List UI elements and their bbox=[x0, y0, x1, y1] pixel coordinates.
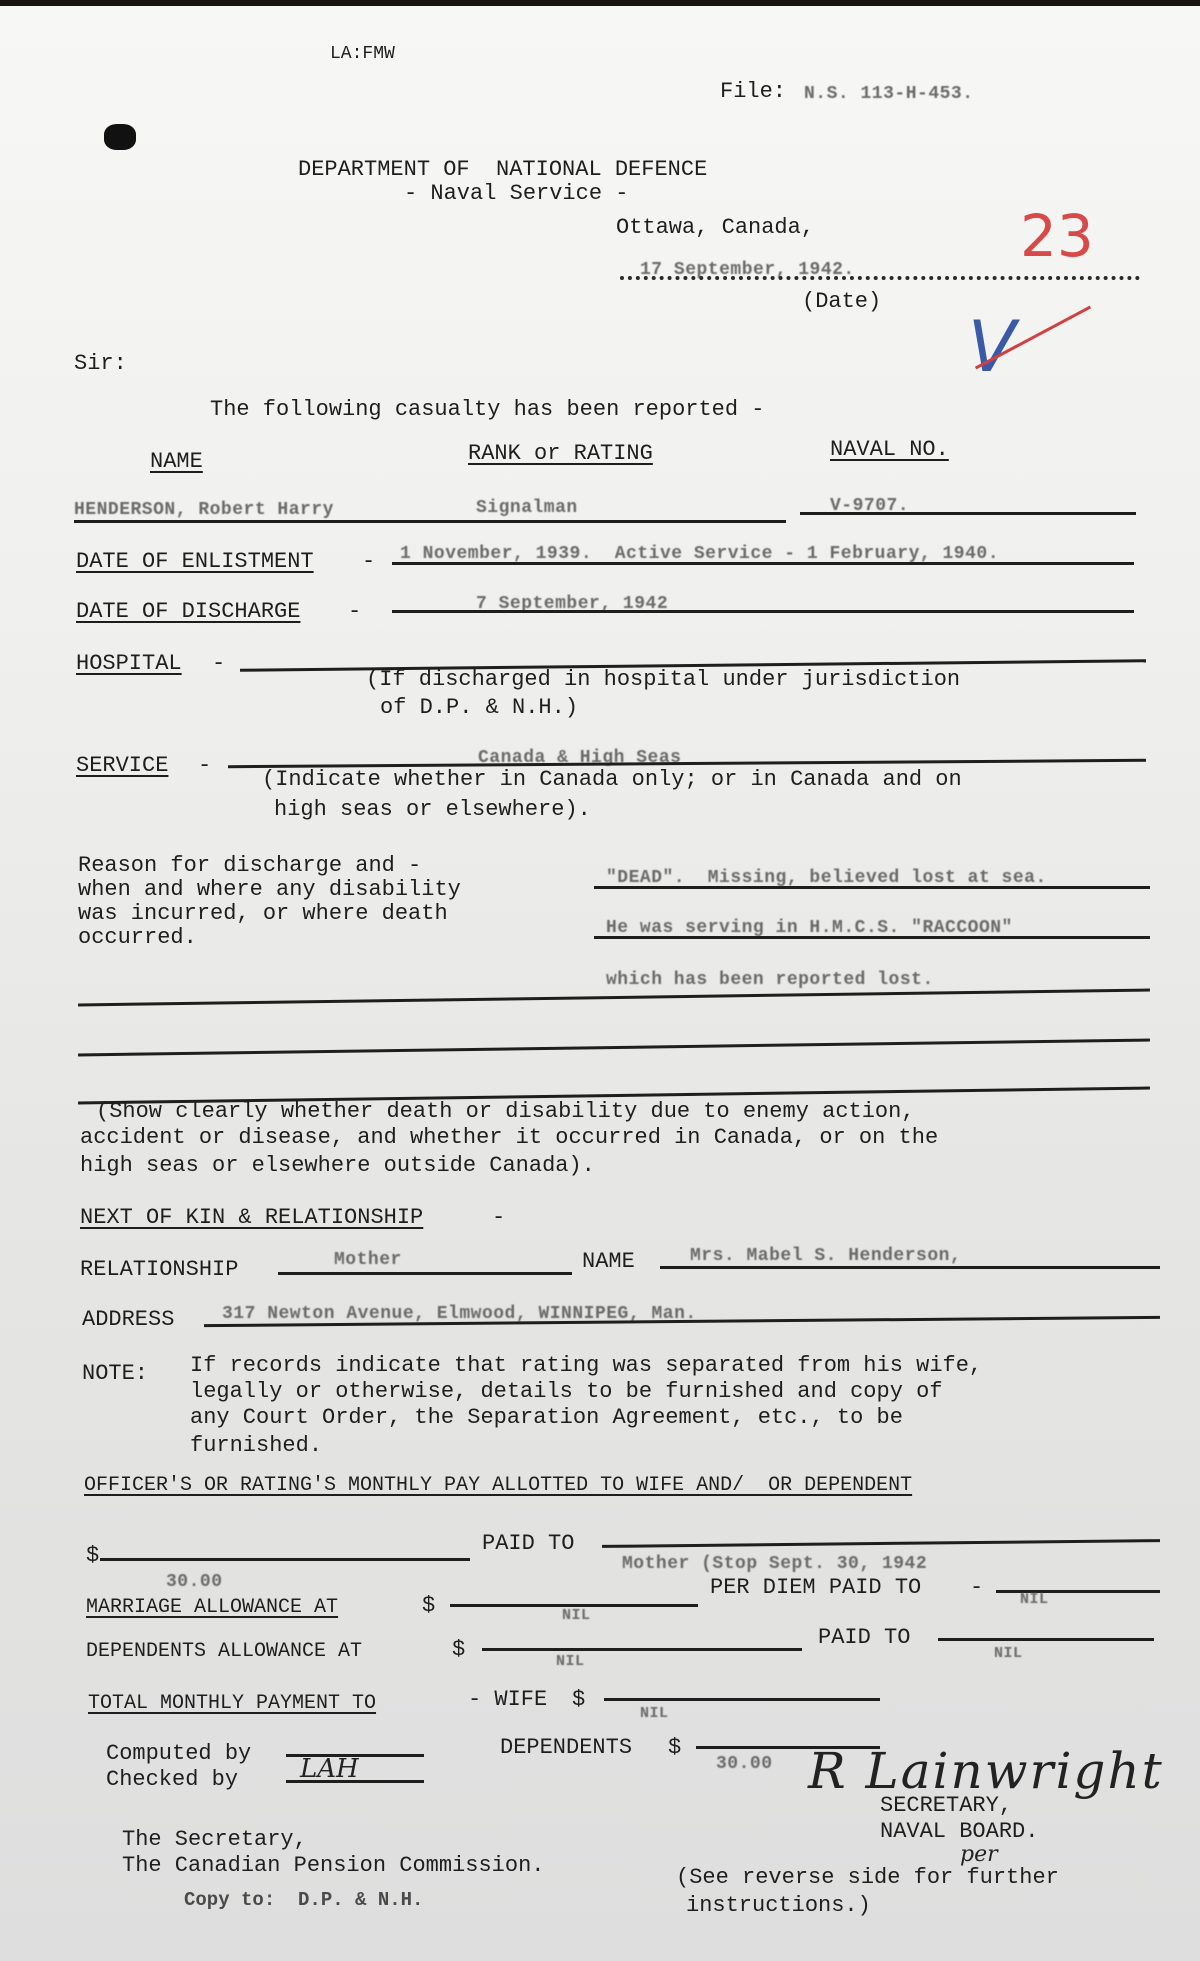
name-rank-line bbox=[74, 520, 786, 523]
total-label: TOTAL MONTHLY PAYMENT TO bbox=[88, 1692, 376, 1716]
hospital-note-2: of D.P. & N.H.) bbox=[380, 696, 578, 720]
dependents-paid-to-label: PAID TO bbox=[818, 1626, 910, 1650]
wife-value: NIL bbox=[640, 1702, 669, 1726]
checked-by-label: Checked by bbox=[106, 1768, 238, 1792]
dependents-paid-to-line bbox=[938, 1638, 1154, 1641]
column-name: NAME bbox=[150, 450, 203, 474]
casualty-name: HENDERSON, Robert Harry bbox=[74, 498, 334, 522]
reason-line-1 bbox=[594, 886, 1150, 889]
dollar-sign: $ bbox=[572, 1688, 585, 1712]
note-line-2: legally or otherwise, details to be furn… bbox=[190, 1380, 943, 1404]
document-page: LA:FMW File: N.S. 113-H-453. DEPARTMENT … bbox=[0, 6, 1200, 1961]
dash: - bbox=[492, 1206, 505, 1230]
reason-label-1: Reason for discharge and - bbox=[78, 854, 421, 878]
kin-name-value: Mrs. Mabel S. Henderson, bbox=[690, 1244, 961, 1268]
paid-to-value: Mother (Stop Sept. 30, 1942 bbox=[622, 1552, 927, 1576]
column-naval-no: NAVAL NO. bbox=[830, 438, 949, 462]
amount-value: 30.00 bbox=[166, 1570, 223, 1594]
reason-note-3: high seas or elsewhere outside Canada). bbox=[80, 1154, 595, 1178]
salutation: Sir: bbox=[74, 352, 127, 376]
reason-label-3: was incurred, or where death bbox=[78, 902, 448, 926]
dependents-paid-to-value: NIL bbox=[994, 1642, 1023, 1666]
copy-to: Copy to: D.P. & N.H. bbox=[184, 1888, 423, 1912]
date-dotted-line bbox=[620, 276, 1140, 280]
reason-note-2: accident or disease, and whether it occu… bbox=[80, 1126, 938, 1150]
blue-check-mark: V bbox=[968, 306, 1016, 388]
signature: R Lainwright bbox=[808, 1742, 1164, 1800]
file-label: File: bbox=[720, 80, 786, 104]
amount-line bbox=[100, 1558, 470, 1561]
next-of-kin-heading: NEXT OF KIN & RELATIONSHIP bbox=[80, 1206, 423, 1230]
column-rank: RANK or RATING bbox=[468, 442, 653, 466]
addressee-1: The Secretary, bbox=[122, 1828, 307, 1852]
addressee-2: The Canadian Pension Commission. bbox=[122, 1854, 544, 1878]
relationship-line bbox=[278, 1272, 572, 1275]
marriage-value: NIL bbox=[562, 1604, 591, 1628]
paid-to-line bbox=[602, 1539, 1160, 1548]
note-line-4: furnished. bbox=[190, 1434, 322, 1458]
branch-title: - Naval Service - bbox=[404, 182, 628, 206]
per-diem-label: PER DIEM PAID TO bbox=[710, 1576, 921, 1600]
service-note-1: (Indicate whether in Canada only; or in … bbox=[262, 768, 962, 792]
pay-heading: OFFICER'S OR RATING'S MONTHLY PAY ALLOTT… bbox=[84, 1474, 912, 1498]
signature-per: per bbox=[960, 1842, 998, 1867]
enlistment-label: DATE OF ENLISTMENT bbox=[76, 550, 314, 574]
paid-to-label: PAID TO bbox=[482, 1532, 574, 1556]
reason-note-1: (Show clearly whether death or disabilit… bbox=[96, 1100, 915, 1124]
enlistment-line bbox=[392, 562, 1134, 565]
checker-initials: LAH bbox=[300, 1754, 359, 1784]
dash: - bbox=[362, 550, 375, 574]
reason-label-2: when and where any disability bbox=[78, 878, 461, 902]
discharge-label: DATE OF DISCHARGE bbox=[76, 600, 300, 624]
computed-by-label: Computed by bbox=[106, 1742, 251, 1766]
reverse-note-1: (See reverse side for further bbox=[676, 1866, 1059, 1890]
signature-title-2: NAVAL BOARD. bbox=[880, 1820, 1038, 1844]
service-label: SERVICE bbox=[76, 754, 168, 778]
dollar-sign: $ bbox=[452, 1638, 465, 1662]
relationship-value: Mother bbox=[334, 1248, 402, 1272]
file-number: N.S. 113-H-453. bbox=[804, 82, 974, 106]
note-line-1: If records indicate that rating was sepa… bbox=[190, 1354, 982, 1378]
dependents-label: DEPENDENTS bbox=[500, 1736, 632, 1760]
location: Ottawa, Canada, bbox=[616, 216, 814, 240]
kin-name-label: NAME bbox=[582, 1250, 635, 1274]
relationship-label: RELATIONSHIP bbox=[80, 1258, 238, 1282]
dollar-sign: $ bbox=[422, 1594, 435, 1618]
dependents-value: 30.00 bbox=[716, 1752, 773, 1776]
dependents-allowance-label: DEPENDENTS ALLOWANCE AT bbox=[86, 1640, 362, 1664]
reverse-note-2: instructions.) bbox=[686, 1894, 871, 1918]
service-note-2: high seas or elsewhere). bbox=[274, 798, 591, 822]
reference-code: LA:FMW bbox=[330, 42, 395, 66]
marriage-label: MARRIAGE ALLOWANCE AT bbox=[86, 1596, 338, 1620]
reason-value-3: which has been reported lost. bbox=[606, 968, 934, 992]
reason-label-4: occurred. bbox=[78, 926, 197, 950]
dollar-sign: $ bbox=[86, 1544, 99, 1568]
red-page-number: 23 bbox=[1020, 202, 1094, 270]
naval-no-line bbox=[800, 512, 1136, 515]
dash: - bbox=[198, 754, 211, 778]
signature-title-1: SECRETARY, bbox=[880, 1794, 1012, 1818]
dash: - bbox=[348, 600, 361, 624]
note-line-3: any Court Order, the Separation Agreemen… bbox=[190, 1406, 903, 1430]
hospital-note-1: (If discharged in hospital under jurisdi… bbox=[366, 668, 960, 692]
dependents-allowance-line bbox=[482, 1648, 802, 1651]
wife-line bbox=[604, 1698, 880, 1701]
punch-hole bbox=[104, 124, 136, 150]
kin-name-line bbox=[660, 1266, 1160, 1269]
dollar-sign: $ bbox=[668, 1736, 681, 1760]
department-title: DEPARTMENT OF NATIONAL DEFENCE bbox=[298, 158, 707, 182]
dash: - bbox=[212, 652, 225, 676]
per-diem-value: NIL bbox=[1020, 1588, 1049, 1612]
discharge-line bbox=[392, 610, 1134, 613]
dash: - bbox=[970, 1576, 983, 1600]
note-label: NOTE: bbox=[82, 1362, 148, 1386]
wife-label: - WIFE bbox=[468, 1688, 547, 1712]
dependents-allowance-value: NIL bbox=[556, 1650, 585, 1674]
intro-text: The following casualty has been reported… bbox=[210, 398, 765, 422]
address-label: ADDRESS bbox=[82, 1308, 174, 1332]
reason-line-4 bbox=[78, 1039, 1150, 1057]
casualty-rank: Signalman bbox=[476, 496, 578, 520]
reason-line-2 bbox=[594, 936, 1150, 939]
hospital-label: HOSPITAL bbox=[76, 652, 182, 676]
date-label: (Date) bbox=[802, 290, 881, 314]
